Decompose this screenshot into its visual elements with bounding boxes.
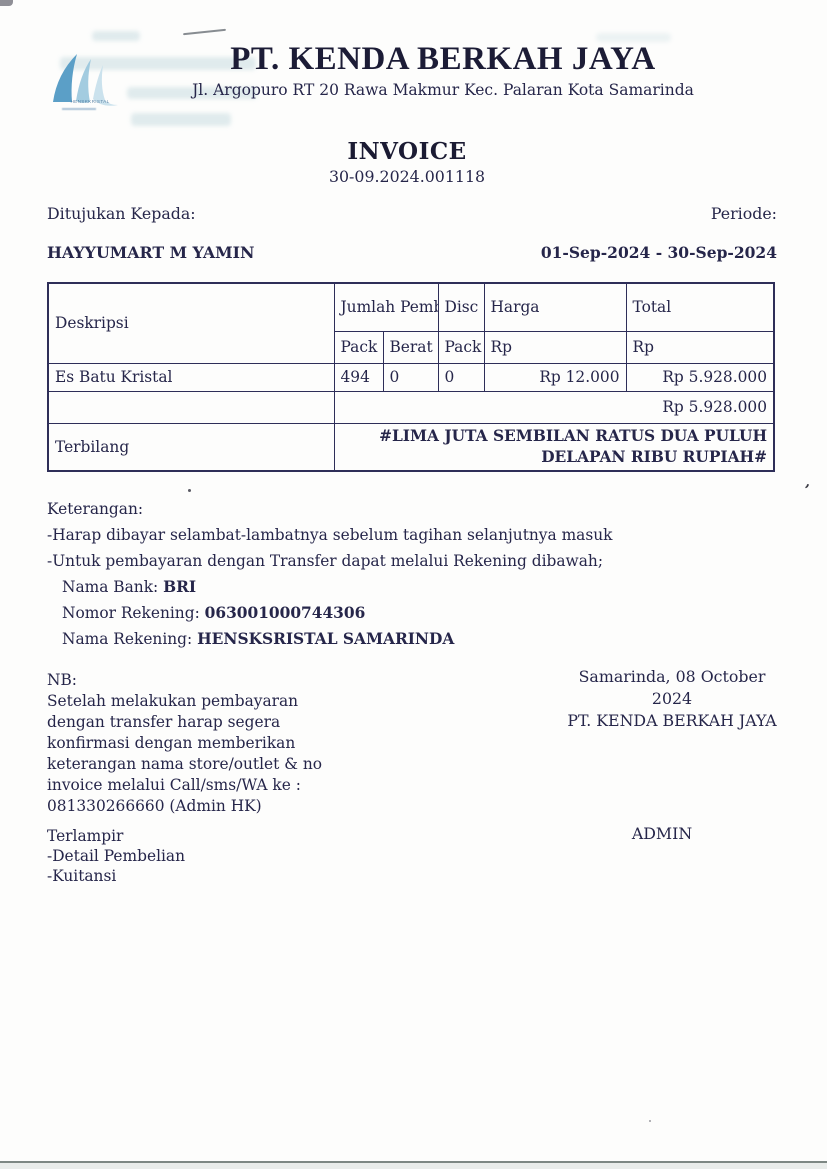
terbilang-line1: #LIMA JUTA SEMBILAN RATUS DUA PULUH xyxy=(341,426,768,447)
signature-signer: ADMIN xyxy=(630,824,694,843)
bank-name-label: Nama Bank: xyxy=(62,578,163,596)
account-number-line: Nomor Rekening: 063001000744306 xyxy=(47,600,612,626)
subtotal-row: Rp 5.928.000 xyxy=(48,391,774,423)
logo-caption-small xyxy=(62,108,96,110)
subtotal-empty-cell xyxy=(48,391,334,423)
scan-bottom-edge xyxy=(0,1163,827,1169)
item-pack: 494 xyxy=(334,363,383,391)
table-row: Es Batu Kristal 494 0 0 Rp 12.000 Rp 5.9… xyxy=(48,363,774,391)
terbilang-line2: DELAPAN RIBU RUPIAH# xyxy=(341,447,768,468)
recipient-name: HAYYUMART M YAMIN xyxy=(47,243,254,262)
invoice-title: INVOICE xyxy=(0,138,814,165)
nb-line: Setelah melakukan pembayaran xyxy=(47,691,377,712)
col-subheader-pack: Pack xyxy=(334,331,383,363)
invoice-number: 30-09.2024.001118 xyxy=(0,167,814,186)
period-value: 01-Sep-2024 - 30-Sep-2024 xyxy=(541,243,777,262)
signature-company: PT. KENDA BERKAH JAYA xyxy=(565,710,779,732)
signature-place-date: Samarinda, 08 October 2024 xyxy=(565,666,779,710)
scan-bleedthrough xyxy=(131,113,231,126)
account-name-label: Nama Rekening: xyxy=(62,630,197,648)
nb-line: 081330266660 (Admin HK) xyxy=(47,796,377,817)
period-label: Periode: xyxy=(711,204,777,223)
col-header-total: Total xyxy=(626,283,774,331)
keterangan-note-1: -Harap dibayar selambat-lambatnya sebelu… xyxy=(47,522,612,548)
terbilang-value: #LIMA JUTA SEMBILAN RATUS DUA PULUH DELA… xyxy=(334,423,774,471)
logo-caption: HENSKKRISTAL xyxy=(54,100,126,105)
invoice-scan-page: ’ HENSKKRISTAL PT. KENDA BERKAH JAYA Jl.… xyxy=(0,0,827,1169)
scan-speck xyxy=(649,1120,651,1122)
subtotal-value: Rp 5.928.000 xyxy=(334,391,774,423)
keterangan-note-2: -Untuk pembayaran dengan Transfer dapat … xyxy=(47,548,612,574)
account-name-line: Nama Rekening: HENSKSRISTAL SAMARINDA xyxy=(47,626,612,652)
attachments-section: Terlampir -Detail Pembelian -Kuitansi xyxy=(47,826,185,886)
items-table: Deskripsi Jumlah Pembelian Disc Harga To… xyxy=(47,282,775,472)
nb-line: invoice melalui Call/sms/WA ke : xyxy=(47,775,377,796)
scan-bleedthrough xyxy=(92,31,140,41)
col-subheader-disc-pack: Pack xyxy=(438,331,484,363)
terbilang-row: Terbilang #LIMA JUTA SEMBILAN RATUS DUA … xyxy=(48,423,774,471)
attachments-title: Terlampir xyxy=(47,826,185,846)
col-header-harga: Harga xyxy=(484,283,626,331)
scan-corner-mark xyxy=(0,0,13,6)
scan-speck xyxy=(188,489,191,492)
account-number-value: 063001000744306 xyxy=(205,604,366,622)
account-name-value: HENSKSRISTAL SAMARINDA xyxy=(197,630,454,648)
col-subheader-berat: Berat xyxy=(383,331,438,363)
keterangan-section: Keterangan: -Harap dibayar selambat-lamb… xyxy=(47,496,612,652)
company-name: PT. KENDA BERKAH JAYA xyxy=(43,41,827,78)
col-subheader-harga-rp: Rp xyxy=(484,331,626,363)
item-total: Rp 5.928.000 xyxy=(626,363,774,391)
nb-title: NB: xyxy=(47,670,377,691)
col-header-deskripsi: Deskripsi xyxy=(48,283,334,363)
keterangan-title: Keterangan: xyxy=(47,496,612,522)
nb-line: konfirmasi dengan memberikan xyxy=(47,733,377,754)
account-number-label: Nomor Rekening: xyxy=(62,604,205,622)
item-deskripsi: Es Batu Kristal xyxy=(48,363,334,391)
recipient-label: Ditujukan Kepada: xyxy=(47,204,196,223)
bank-name-value: BRI xyxy=(163,578,196,596)
nb-line: keterangan nama store/outlet & no xyxy=(47,754,377,775)
attachment-item: -Kuitansi xyxy=(47,866,185,886)
signature-block: Samarinda, 08 October 2024 PT. KENDA BER… xyxy=(565,666,779,732)
col-header-disc: Disc xyxy=(438,283,484,331)
nb-line: dengan transfer harap segera xyxy=(47,712,377,733)
col-subheader-total-rp: Rp xyxy=(626,331,774,363)
item-disc-pack: 0 xyxy=(438,363,484,391)
item-berat: 0 xyxy=(383,363,438,391)
nb-section: NB: Setelah melakukan pembayaran dengan … xyxy=(47,670,377,817)
company-address: Jl. Argopuro RT 20 Rawa Makmur Kec. Pala… xyxy=(43,81,827,99)
bank-name-line: Nama Bank: BRI xyxy=(47,574,612,600)
col-header-jumlah-pembelian: Jumlah Pembelian xyxy=(334,283,438,331)
scan-speck: ’ xyxy=(802,481,810,500)
item-harga: Rp 12.000 xyxy=(484,363,626,391)
scan-pen-mark xyxy=(183,29,226,35)
attachment-item: -Detail Pembelian xyxy=(47,846,185,866)
terbilang-label: Terbilang xyxy=(48,423,334,471)
